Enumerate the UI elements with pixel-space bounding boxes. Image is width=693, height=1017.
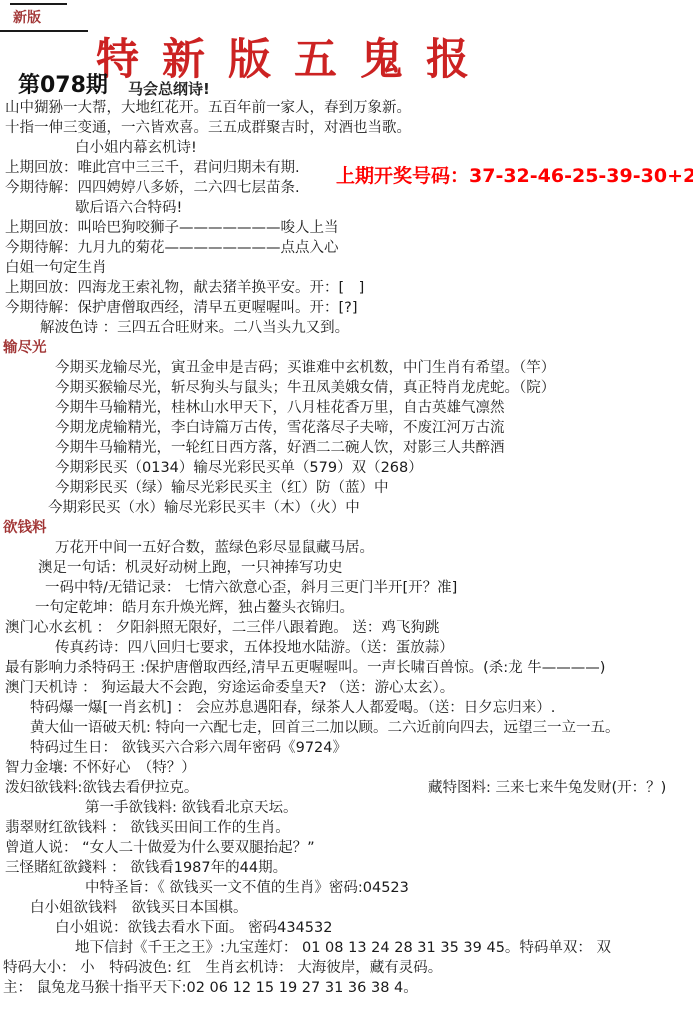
text-line: 白小姐内幕玄机诗! [0,138,693,158]
text-line: 解波色诗 ：三四五合旺财来。二八当头九又到。 [0,318,693,338]
text-line: 一句定乾坤：皓月东升焕光辉，独占鳌头衣锦归。 [0,598,693,618]
text-line: 主： 鼠兔龙马猴十指平天下:02 06 12 15 19 27 31 36 38… [0,978,693,998]
motto-heading: 马会总纲诗! [128,78,210,99]
text-line: 白姐一句定生肖 [0,258,693,278]
text-line: 中特圣旨：《 欲钱买一文不值的生肖》密码:04523 [0,878,693,898]
hidden-special-note: 藏特图料: 三来七来牛兔发财(开：？) [428,778,666,798]
text-line: 上期回放：唯此宫中三三千，君问归期未有期. [0,158,693,178]
body-text: 山中猢狲一大帮，大地红花开。五百年前一家人，春到万象新。 十指一伸三变通，一六皆… [0,98,693,998]
text-line: 今期彩民买（0134）输尽光彩民买单（579）双（268） [0,458,693,478]
text-line: 上期回放：叫哈巴狗咬狮子———————唆人上当 [0,218,693,238]
text-line: 今期买猴输尽光，斩尽狗头与鼠头；牛丑凤美娥女倩，真正特肖龙虎蛇。（院） [0,378,693,398]
text-line: 今期待解：九月九的菊花————————点点入心 [0,238,693,258]
text-line: 山中猢狲一大帮，大地红花开。五百年前一家人，春到万象新。 [0,98,693,118]
section-header-yuqianliao: 欲钱料 [0,518,693,538]
text-line: 黄大仙一语破天机: 特向一六配七走，回首三二加以顾。二六近前向四去，远望三一立一… [0,718,693,738]
text-line: 白小姐说：欲钱去看水下面。 密码434532 [0,918,693,938]
text-line: 智力金壤: 不怀好心 （特？） [0,758,693,778]
text-line: 第一手欲钱料: 欲钱看北京天坛。 [0,798,693,818]
tip-sheet-page: 新版 特新版五鬼报 第078期 马会总纲诗! 上期开奖号码：37-32-46-2… [0,0,693,1017]
issue-number: 第078期 [18,68,108,99]
section-header-shujinguang: 输尽光 [0,338,693,358]
text-line: 泼妇欲钱料:欲钱去看伊拉克。 藏特图料: 三来七来牛兔发财(开：？) [0,778,693,798]
text-line: 澳门天机诗 ： 狗运最大不会跑，穷途运命委皇天? （送：游心太玄）。 [0,678,693,698]
text-line: 今期牛马输精光，桂林山水甲天下，八月桂花香万里，自古英雄气凛然 [0,398,693,418]
text-line: 今期待解：保护唐僧取西经，清早五更喔喔叫。开：[?] [0,298,693,318]
text-line: 传真药诗：四八回归七要求，五体投地水陆游。（送：蛋放蒜） [0,638,693,658]
text-line: 澳门心水玄机 ： 夕阳斜照无限好，二三伴八跟着跑。 送：鸡飞狗跳 [0,618,693,638]
text-line: 歇后语六合特码! [0,198,693,218]
text-line: 上期回放：四海龙王索礼物，献去猪羊换平安。开：[ ] [0,278,693,298]
text-line: 地下信封《千王之王》:九宝莲灯： 01 08 13 24 28 31 35 39… [0,938,693,958]
text-line: 今期彩民买（绿）输尽光彩民买主（红）防（蓝）中 [0,478,693,498]
text-line: 今期牛马输精光，一轮红日西方落，好酒二二碗人饮，对影三人共醉酒 [0,438,693,458]
header-rule-top [10,3,67,5]
text-line: 今期买龙输尽光，寅丑金申是吉码；买谁难中玄机数，中门生肖有希望。（竿） [0,358,693,378]
text-line: 今期待解：四四娉婷八多娇，二六四七层苗条. [0,178,693,198]
text-line: 澳足一句话：机灵好动树上跑，一只神捧写功史 [0,558,693,578]
text-line: 白小姐欲钱料 欲钱买日本国棋。 [0,898,693,918]
text-line: 一码中特/无错记录： 七情六欲意心歪，斜月三更门半开[开？准] [0,578,693,598]
text-line: 曾道人说： “女人二十做爱为什么要双腿抬起？” [0,838,693,858]
text-line: 翡翠财红欲钱料 ： 欲钱买田间工作的生肖。 [0,818,693,838]
text-line: 最有影响力杀特码王 :保护唐僧取西经,清早五更喔喔叫。一声长啸百兽惊。(杀:龙 … [0,658,693,678]
text-line: 特码大小： 小 特码波色: 红 生肖玄机诗： 大海彼岸，藏有灵码。 [0,958,693,978]
left-note: 泼妇欲钱料:欲钱去看伊拉克。 [5,780,198,796]
text-line: 三怪賭紅欲錢料 ： 欲钱看1987年的44期。 [0,858,693,878]
text-line: 特码爆一爆[一肖玄机] ： 会应苏息遇阳春，绿茶人人都爱喝。（送：日夕忘归来）. [0,698,693,718]
new-edition-badge: 新版 [13,7,41,27]
text-line: 今期彩民买（水）输尽光彩民买丰（木）（火）中 [0,498,693,518]
text-line: 十指一伸三变通，一六皆欢喜。三五成群聚吉时，对酒也当歌。 [0,118,693,138]
text-line: 特码过生日： 欲钱买六合彩六周年密码《9724》 [0,738,693,758]
text-line: 万花开中间一五好合数，蓝绿色彩尽显鼠藏马居。 [0,538,693,558]
text-line: 今期龙虎输精光，李白诗篇万古传，雪花落尽子夫啼，不废江河万古流 [0,418,693,438]
header-rule-bottom [0,30,88,32]
